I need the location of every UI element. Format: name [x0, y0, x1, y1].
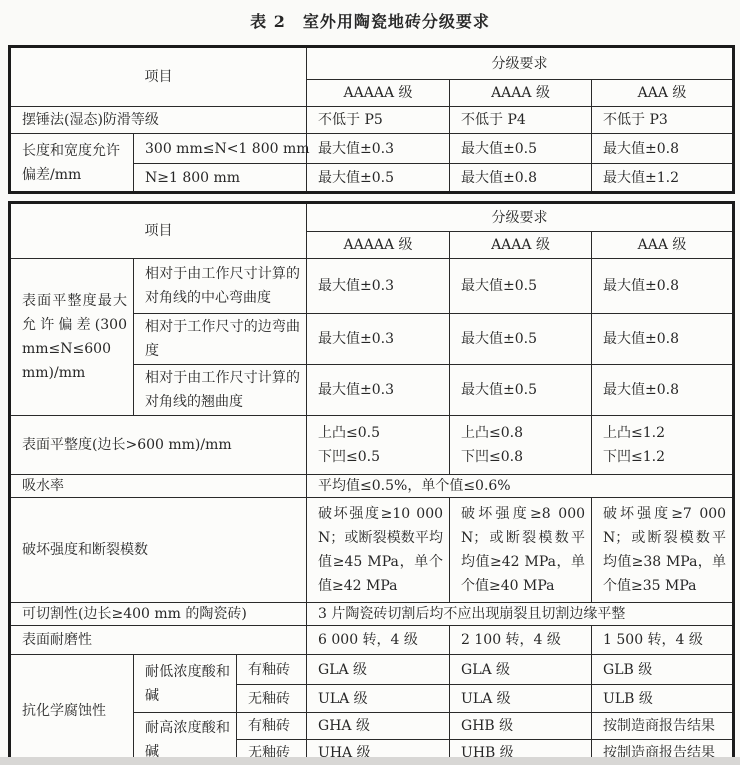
- cell-dim2-aaaa: 最大值±0.8: [450, 164, 592, 193]
- row-flatness-small-label: 表面平整度最大允许偏差(300 mm≤N≤600 mm)/mm: [10, 259, 134, 416]
- cell-strength-aaa: 破坏强度≥7 000 N；或断裂模数平均值≥38 MPa，单个值≥35 MPa: [592, 498, 734, 603]
- cond-high-glazed: 有釉砖: [237, 713, 307, 740]
- cond-edge-curvature: 相对于工作尺寸的边弯曲度: [134, 314, 307, 365]
- cell-low-glazed-aaa: GLB 级: [592, 655, 734, 685]
- row-dimension-label: 长度和宽度允许偏差/mm: [10, 134, 134, 193]
- cell-low-unglazed-aaaa: ULA 级: [450, 685, 592, 713]
- cell-center-curvature-aaaaa: 最大值±0.3: [307, 259, 450, 314]
- row-strength-label: 破坏强度和断裂模数: [10, 498, 307, 603]
- cell-edge-curvature-aaaaa: 最大值±0.3: [307, 314, 450, 365]
- row-cuttability-label: 可切割性(边长≥400 mm 的陶瓷砖): [10, 603, 307, 626]
- cond-low-glazed: 有釉砖: [237, 655, 307, 685]
- requirements-table-lower: 项目 分级要求 AAAAA 级 AAAA 级 AAA 级 表面平整度最大允许偏差…: [8, 201, 735, 765]
- header-grade-group: 分级要求: [307, 47, 734, 80]
- cond-warpage: 相对于由工作尺寸计算的对角线的翘曲度: [134, 365, 307, 416]
- header-grade-aaa: AAA 级: [592, 232, 734, 259]
- cell-strength-aaaaa: 破坏强度≥10 000 N；或断裂模数平均值≥45 MPa，单个值≥42 MPa: [307, 498, 450, 603]
- cell-low-glazed-aaaaa: GLA 级: [307, 655, 450, 685]
- cond-low-acid: 耐低浓度酸和碱: [134, 655, 237, 713]
- cell-high-glazed-aaaa: GHB 级: [450, 713, 592, 740]
- header-grade-aaaa: AAAA 级: [450, 232, 592, 259]
- cell-edge-curvature-aaaa: 最大值±0.5: [450, 314, 592, 365]
- requirements-table-upper: 项目 分级要求 AAAAA 级 AAAA 级 AAA 级 摆锤法(湿态)防滑等级…: [8, 45, 735, 194]
- cell-flatness-large-aaaa: 上凸≤0.8 下凹≤0.8: [450, 416, 592, 475]
- cell-dim1-aaa: 最大值±0.8: [592, 134, 734, 164]
- row-pendulum-label: 摆锤法(湿态)防滑等级: [10, 107, 307, 134]
- cell-dim1-aaaa: 最大值±0.5: [450, 134, 592, 164]
- cell-abrasion-aaaaa: 6 000 转，4 级: [307, 626, 450, 655]
- cond-center-curvature: 相对于由工作尺寸计算的对角线的中心弯曲度: [134, 259, 307, 314]
- header-grade-aaaa: AAAA 级: [450, 80, 592, 107]
- cell-warpage-aaaa: 最大值±0.5: [450, 365, 592, 416]
- cell-abrasion-aaaa: 2 100 转，4 级: [450, 626, 592, 655]
- header-grade-group: 分级要求: [307, 203, 734, 232]
- cell-center-curvature-aaaa: 最大值±0.5: [450, 259, 592, 314]
- cell-center-curvature-aaa: 最大值±0.8: [592, 259, 734, 314]
- header-grade-aaaaa: AAAAA 级: [307, 80, 450, 107]
- scan-edge-shadow: [0, 757, 740, 765]
- header-item: 项目: [10, 47, 307, 107]
- cell-absorption-value: 平均值≤0.5%，单个值≤0.6%: [307, 475, 734, 498]
- cell-cuttability-value: 3 片陶瓷砖切割后均不应出现崩裂且切割边缘平整: [307, 603, 734, 626]
- cell-dim1-aaaaa: 最大值±0.3: [307, 134, 450, 164]
- cell-strength-aaaa: 破坏强度≥8 000 N；或断裂模数平均值≥42 MPa，单个值≥40 MPa: [450, 498, 592, 603]
- cond-dimension-range1: 300 mm≤N<1 800 mm: [134, 134, 307, 164]
- cell-low-unglazed-aaaaa: ULA 级: [307, 685, 450, 713]
- cell-flatness-large-aaaaa: 上凸≤0.5 下凹≤0.5: [307, 416, 450, 475]
- header-grade-aaa: AAA 级: [592, 80, 734, 107]
- cell-flatness-large-aaa: 上凸≤1.2 下凹≤1.2: [592, 416, 734, 475]
- cell-pendulum-aaa: 不低于 P3: [592, 107, 734, 134]
- cell-edge-curvature-aaa: 最大值±0.8: [592, 314, 734, 365]
- cell-dim2-aaa: 最大值±1.2: [592, 164, 734, 193]
- cell-pendulum-aaaa: 不低于 P4: [450, 107, 592, 134]
- row-chemical-label: 抗化学腐蚀性: [10, 655, 134, 765]
- cell-abrasion-aaa: 1 500 转，4 级: [592, 626, 734, 655]
- cell-low-unglazed-aaa: ULB 级: [592, 685, 734, 713]
- cell-high-glazed-aaaaa: GHA 级: [307, 713, 450, 740]
- cell-dim2-aaaaa: 最大值±0.5: [307, 164, 450, 193]
- row-flatness-large-label: 表面平整度(边长>600 mm)/mm: [10, 416, 307, 475]
- cond-dimension-range2: N≥1 800 mm: [134, 164, 307, 193]
- header-grade-aaaaa: AAAAA 级: [307, 232, 450, 259]
- cell-warpage-aaa: 最大值±0.8: [592, 365, 734, 416]
- cell-low-glazed-aaaa: GLA 级: [450, 655, 592, 685]
- table-title: 表 2 室外用陶瓷地砖分级要求: [0, 13, 740, 30]
- row-abrasion-label: 表面耐磨性: [10, 626, 307, 655]
- header-item: 项目: [10, 203, 307, 259]
- cell-pendulum-aaaaa: 不低于 P5: [307, 107, 450, 134]
- cell-high-glazed-aaa: 按制造商报告结果: [592, 713, 734, 740]
- cond-low-unglazed: 无釉砖: [237, 685, 307, 713]
- cell-warpage-aaaaa: 最大值±0.3: [307, 365, 450, 416]
- row-absorption-label: 吸水率: [10, 475, 307, 498]
